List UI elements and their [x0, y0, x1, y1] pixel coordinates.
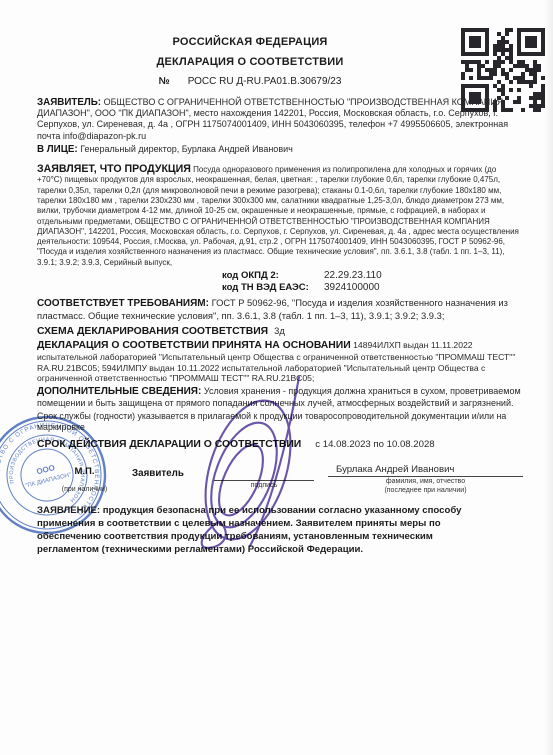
- in-person-section: В ЛИЦЕ: Генеральный директор, Бурлака Ан…: [37, 144, 523, 155]
- signature-slot: подпись: [214, 468, 314, 489]
- number-sign: №: [159, 76, 170, 87]
- lifetime-note: Срок службы (годности) указывается в при…: [37, 411, 523, 433]
- mp-note: (при наличии): [37, 486, 132, 493]
- declaration-document: РОССИЙСКАЯ ФЕДЕРАЦИЯ ДЕКЛАРАЦИЯ О СООТВЕ…: [0, 0, 553, 556]
- product-text: Посуда одноразового применения из полипр…: [37, 165, 519, 267]
- tnved-value: 3924100000: [324, 282, 380, 295]
- mp-label: М.П.: [37, 466, 132, 477]
- conforms-section: СООТВЕТСТВУЕТ ТРЕБОВАНИЯМ: ГОСТ Р 50962-…: [37, 297, 523, 322]
- okpd-label: код ОКПД 2:: [222, 270, 324, 283]
- signature-caption: подпись: [214, 482, 314, 489]
- basis-section: ДЕКЛАРАЦИЯ О СООТВЕТСТВИИ ПРИНЯТА НА ОСН…: [37, 340, 523, 384]
- declaration-number: №РОСС RU Д-RU.РА01.В.30679/23: [37, 76, 463, 87]
- statement-section: ЗАЯВЛЕНИЕ: продукция безопасна при ее ис…: [37, 504, 465, 556]
- validity-label: СРОК ДЕЙСТВИЯ ДЕКЛАРАЦИИ О СООТВЕТСТВИИ: [37, 439, 301, 450]
- conforms-label: СООТВЕТСТВУЕТ ТРЕБОВАНИЯМ:: [37, 298, 209, 309]
- applicant-label: ЗАЯВИТЕЛЬ:: [37, 97, 101, 108]
- name-caption-2: (последнее при наличии): [328, 487, 523, 496]
- signature-line: [214, 468, 314, 481]
- name-caption-1: фамилия, имя, отчество: [328, 478, 523, 487]
- in-person-text: Генеральный директор, Бурлака Андрей Ива…: [80, 144, 293, 154]
- validity-section: СРОК ДЕЙСТВИЯ ДЕКЛАРАЦИИ О СООТВЕТСТВИИс…: [37, 438, 523, 451]
- scheme-label: СХЕМА ДЕКЛАРИРОВАНИЯ СООТВЕТСТВИЯ: [37, 326, 268, 337]
- basis-label: ДЕКЛАРАЦИЯ О СООТВЕТСТВИИ ПРИНЯТА НА ОСН…: [37, 340, 351, 351]
- product-label: ЗАЯВЛЯЕТ, ЧТО ПРОДУКЦИЯ: [37, 163, 191, 175]
- number-value: РОСС RU Д-RU.РА01.В.30679/23: [188, 76, 342, 87]
- mp-area: М.П. (при наличии): [37, 464, 132, 493]
- okpd-code-row: код ОКПД 2: 22.29.23.110: [37, 270, 523, 283]
- statement-label: ЗАЯВЛЕНИЕ:: [37, 505, 100, 516]
- additional-info-label: ДОПОЛНИТЕЛЬНЫЕ СВЕДЕНИЯ:: [37, 386, 201, 397]
- okpd-value: 22.29.23.110: [324, 270, 382, 283]
- signature-block: М.П. (при наличии) Заявитель подпись Бур…: [37, 464, 523, 496]
- tnved-label: код ТН ВЭД ЕАЭС:: [222, 282, 324, 295]
- scheme-section: СХЕМА ДЕКЛАРИРОВАНИЯ СООТВЕТСТВИЯ3д: [37, 324, 523, 338]
- scheme-value: 3д: [274, 325, 285, 336]
- additional-info-section: ДОПОЛНИТЕЛЬНЫЕ СВЕДЕНИЯ: Условия хранени…: [37, 386, 523, 409]
- product-section: ЗАЯВЛЯЕТ, ЧТО ПРОДУКЦИЯ Посуда одноразов…: [37, 164, 523, 268]
- applicant-text: ОБЩЕСТВО С ОГРАНИЧЕННОЙ ОТВЕТСТВЕННОСТЬЮ…: [37, 97, 508, 141]
- applicant-sign-label: Заявитель: [132, 464, 210, 479]
- signatory-name: Бурлака Андрей Иванович: [328, 464, 523, 477]
- applicant-section: ЗАЯВИТЕЛЬ: ОБЩЕСТВО С ОГРАНИЧЕННОЙ ОТВЕТ…: [37, 97, 523, 142]
- name-slot: Бурлака Андрей Иванович фамилия, имя, от…: [328, 464, 523, 496]
- statement-text: продукция безопасна при ее использовании…: [37, 505, 462, 555]
- document-title: ДЕКЛАРАЦИЯ О СООТВЕТСТВИИ: [37, 56, 463, 68]
- in-person-label: В ЛИЦЕ:: [37, 144, 78, 155]
- qr-code-icon: [461, 28, 545, 112]
- country-title: РОССИЙСКАЯ ФЕДЕРАЦИЯ: [37, 36, 463, 48]
- tnved-code-row: код ТН ВЭД ЕАЭС: 3924100000: [37, 282, 523, 295]
- validity-dates: с 14.08.2023 по 10.08.2028: [315, 439, 434, 450]
- document-header: РОССИЙСКАЯ ФЕДЕРАЦИЯ ДЕКЛАРАЦИЯ О СООТВЕ…: [37, 36, 463, 87]
